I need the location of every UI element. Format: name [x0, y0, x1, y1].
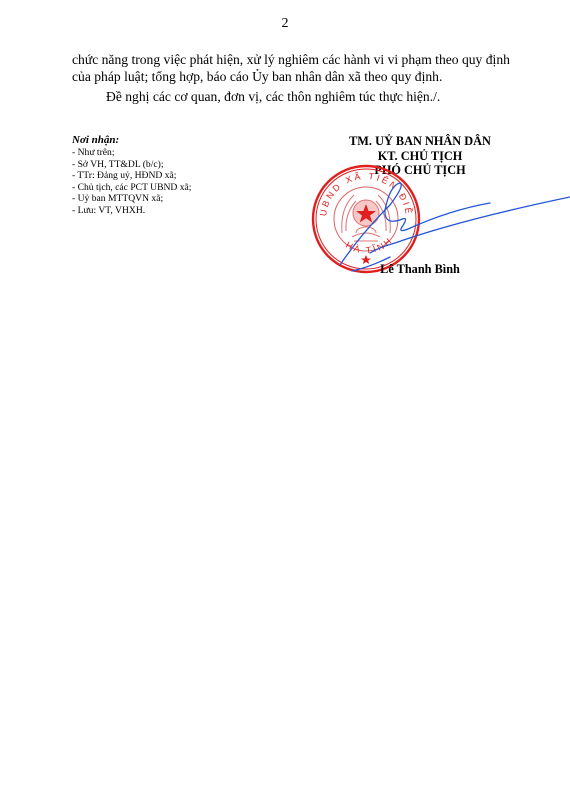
recipient-item: - TTr: Đảng uỷ, HĐND xã;: [72, 170, 191, 182]
page-number: 2: [0, 16, 570, 32]
recipient-item: - Uỷ ban MTTQVN xã;: [72, 193, 191, 205]
body-paragraph-1: chức năng trong việc phát hiện, xử lý ng…: [72, 51, 512, 85]
recipient-item: - Như trên;: [72, 147, 191, 159]
body-paragraph-1-line-1: chức năng trong việc phát hiện, xử lý ng…: [72, 51, 512, 68]
signer-name: Lê Thanh Bình: [352, 262, 488, 277]
recipients-title: Nơi nhận:: [72, 134, 191, 147]
signature-title-line-2: KT. CHỦ TỊCH: [320, 149, 520, 164]
recipient-item: - Sở VH, TT&DL (b/c);: [72, 159, 191, 171]
recipients-block: Nơi nhận: - Như trên; - Sở VH, TT&DL (b/…: [72, 134, 191, 217]
recipient-item: - Lưu: VT, VHXH.: [72, 205, 191, 217]
body-paragraph-2: Đề nghị các cơ quan, đơn vị, các thôn ng…: [106, 88, 546, 105]
body-paragraph-1-line-2: của pháp luật; tổng hợp, báo cáo Ủy ban …: [72, 68, 512, 85]
recipient-item: - Chủ tịch, các PCT UBND xã;: [72, 182, 191, 194]
signature-title-line-1: TM. UỶ BAN NHÂN DÂN: [320, 134, 520, 149]
handwritten-signature: [340, 175, 570, 275]
